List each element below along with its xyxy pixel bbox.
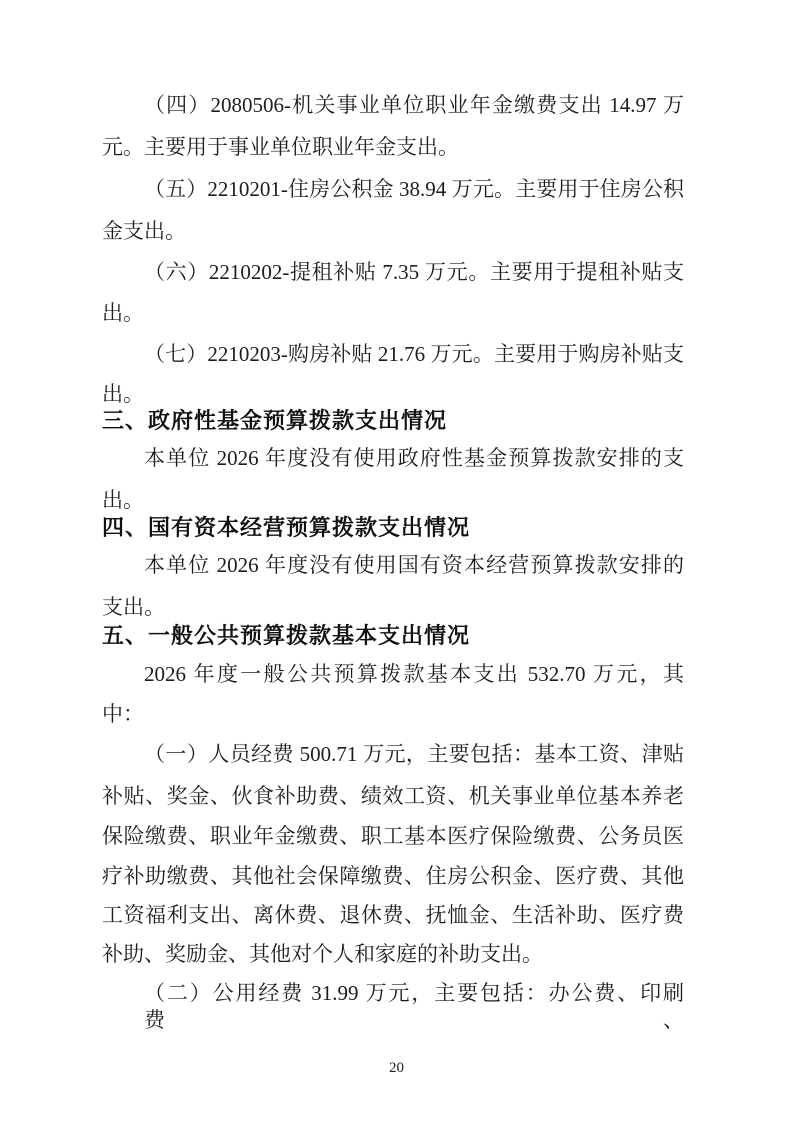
- document-page: （四）2080506-机关事业单位职业年金缴费支出 14.97 万元。主要用于事…: [0, 0, 793, 1123]
- text-line: 出。: [102, 300, 684, 327]
- text-line: （二）公用经费 31.99 万元，主要包括：办公费、印刷费、: [102, 980, 684, 1034]
- text-line: 出。: [102, 381, 684, 408]
- text-line: 保险缴费、职业年金缴费、职工基本医疗保险缴费、公务员医: [102, 823, 684, 850]
- text-line: （一）人员经费 500.71 万元，主要包括：基本工资、津贴: [102, 741, 684, 768]
- text-line: （五）2210201-住房公积金 38.94 万元。主要用于住房公积: [102, 176, 684, 203]
- text-line: 工资福利支出、离休费、退休费、抚恤金、生活补助、医疗费: [102, 902, 684, 929]
- text-line: 补助、奖励金、其他对个人和家庭的补助支出。: [102, 941, 684, 968]
- text-line: 补贴、奖金、伙食补助费、绩效工资、机关事业单位基本养老: [102, 783, 684, 810]
- section-heading: 三、政府性基金预算拨款支出情况: [102, 407, 684, 434]
- text-line: （四）2080506-机关事业单位职业年金缴费支出 14.97 万: [102, 92, 684, 119]
- text-line: 支出。: [102, 594, 684, 621]
- section-heading: 五、一般公共预算拨款基本支出情况: [102, 622, 684, 649]
- text-line: 2026 年度一般公共预算拨款基本支出 532.70 万元，其: [102, 661, 684, 688]
- text-line: （六）2210202-提租补贴 7.35 万元。主要用于提租补贴支: [102, 259, 684, 286]
- text-line: 元。主要用于事业单位职业年金支出。: [102, 134, 684, 161]
- page-number: 20: [0, 1060, 793, 1077]
- text-line: 疗补助缴费、其他社会保障缴费、住房公积金、医疗费、其他: [102, 863, 684, 890]
- text-line: 中：: [102, 701, 684, 728]
- section-heading: 四、国有资本经营预算拨款支出情况: [102, 514, 684, 541]
- text-line: 本单位 2026 年度没有使用政府性基金预算拨款安排的支: [102, 445, 684, 472]
- text-line: （七）2210203-购房补贴 21.76 万元。主要用于购房补贴支: [102, 341, 684, 368]
- text-line: 金支出。: [102, 218, 684, 245]
- text-line: 出。: [102, 487, 684, 514]
- text-line: 本单位 2026 年度没有使用国有资本经营预算拨款安排的: [102, 552, 684, 579]
